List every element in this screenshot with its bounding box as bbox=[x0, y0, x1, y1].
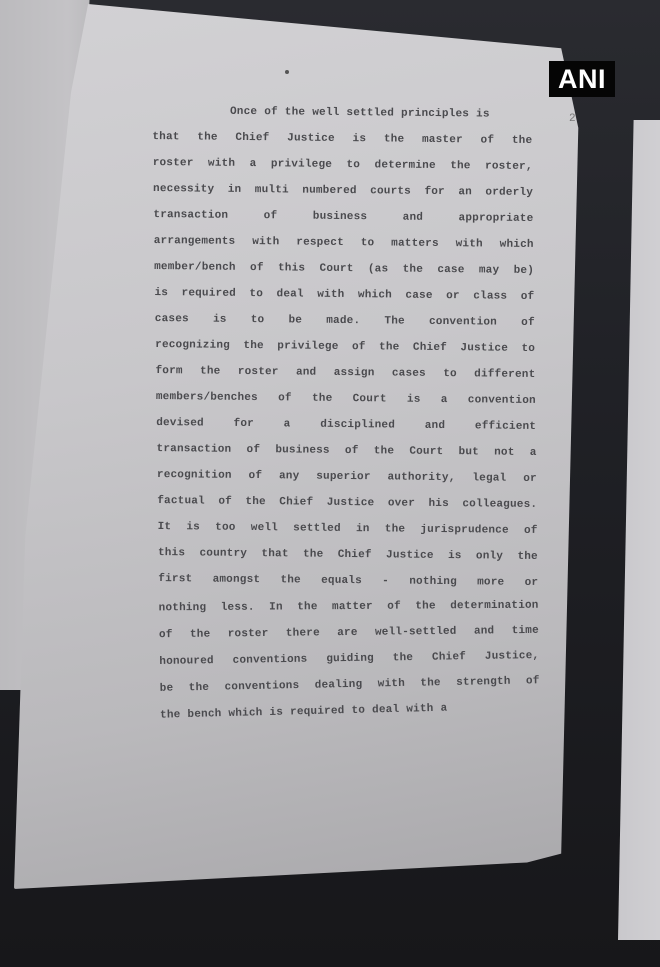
document-line: firstamongsttheequals-nothingmoreor bbox=[158, 566, 538, 596]
document-line: rosterwithaprivilegetodeterminetheroster… bbox=[153, 150, 533, 180]
document-line: member/benchofthisCourt(asthecasemaybe) bbox=[154, 254, 534, 284]
document-line: necessityinmultinumberedcourtsforanorder… bbox=[153, 176, 533, 206]
document-line: formtherosterandassigncasestodifferent bbox=[155, 358, 535, 388]
document-line: recognizingtheprivilegeoftheChiefJustice… bbox=[155, 332, 535, 362]
page-mark-dot bbox=[285, 70, 289, 74]
document-line: isrequiredtodealwithwhichcaseorclassof bbox=[154, 280, 534, 310]
document-line: thattheChiefJusticeisthemasterofthe bbox=[152, 124, 532, 154]
document-line: members/benchesoftheCourtisaconvention bbox=[156, 384, 536, 414]
document-line: devisedforadisciplinedandefficient bbox=[156, 410, 536, 440]
page-number: 2 bbox=[569, 113, 576, 125]
document-line: Onceofthewellsettledprinciplesis bbox=[152, 98, 532, 128]
document-line: recognitionofanysuperiorauthority,legalo… bbox=[157, 462, 537, 492]
document-line: thiscountrythattheChiefJusticeisonlythe bbox=[158, 540, 538, 570]
document-line: Itistoowellsettledinthejurisprudenceof bbox=[157, 514, 537, 544]
document-line: transactionofbusinessandappropriate bbox=[153, 202, 533, 232]
ani-watermark-logo: ANI bbox=[549, 61, 615, 97]
document-line: factualoftheChiefJusticeoverhiscolleague… bbox=[157, 488, 537, 518]
document-body: OnceofthewellsettledprinciplesisthattheC… bbox=[152, 100, 532, 724]
document-line: nothingless.Inthematterofthedeterminatio… bbox=[159, 593, 539, 622]
document-line: casesistobemade.Theconventionof bbox=[155, 306, 535, 336]
document-line: transactionofbusinessoftheCourtbutnota bbox=[156, 436, 536, 466]
document-line: arrangementswithrespecttomatterswithwhic… bbox=[154, 228, 534, 258]
